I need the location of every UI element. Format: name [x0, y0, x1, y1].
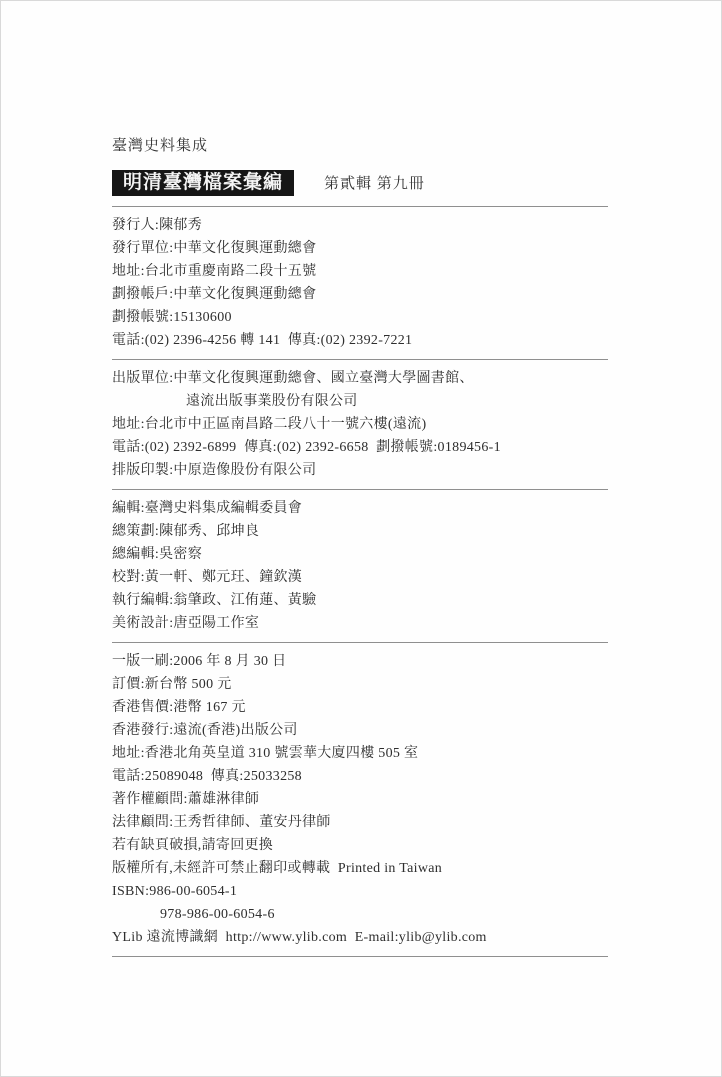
website-email-line: YLib 遠流博識網 http://www.ylib.com E-mail:yl… — [112, 926, 612, 949]
hk-address-line: 地址:香港北角英皇道 310 號雲華大廈四樓 505 室 — [112, 742, 612, 765]
issuing-unit-line: 發行單位:中華文化復興運動總會 — [112, 237, 612, 260]
hk-phone-fax-line: 電話:25089048 傳真:25033258 — [112, 765, 612, 788]
executive-editors-line: 執行編輯:翁肇政、江侑蓮、黃驗 — [112, 589, 612, 612]
legal-consultants-line: 法律顧問:王秀哲律師、董安丹律師 — [112, 811, 612, 834]
publishing-units-line: 出版單位:中華文化復興運動總會、國立臺灣大學圖書館、 — [112, 367, 612, 390]
editor-line: 編輯:臺灣史料集成編輯委員會 — [112, 497, 612, 520]
publishing-units-continued-line: 遠流出版事業股份有限公司 — [112, 390, 612, 413]
chief-planner-line: 總策劃:陳郁秀、邱坤良 — [112, 520, 612, 543]
title-row: 明清臺灣檔案彙編 第貳輯 第九冊 — [112, 170, 612, 196]
copyright-notice-line: 版權所有,未經許可禁止翻印或轉載 Printed in Taiwan — [112, 857, 612, 880]
art-design-line: 美術設計:唐亞陽工作室 — [112, 612, 612, 635]
isbn-line: ISBN:986-00-6054-1 — [112, 880, 612, 903]
replacement-notice-line: 若有缺頁破損,請寄回更換 — [112, 834, 612, 857]
proofreaders-line: 校對:黃一軒、鄭元玨、鐘欽漢 — [112, 566, 612, 589]
volume-label: 第貳輯 第九冊 — [324, 172, 425, 196]
publisher-phone-fax-line: 電話:(02) 2392-6899 傳真:(02) 2392-6658 劃撥帳號… — [112, 436, 612, 459]
copyright-consultant-line: 著作權顧問:蕭雄淋律師 — [112, 788, 612, 811]
typesetting-printer-line: 排版印製:中原造像股份有限公司 — [112, 459, 612, 482]
editorial-block: 編輯:臺灣史料集成編輯委員會 總策劃:陳郁秀、邱坤良 總編輯:吳密察 校對:黃一… — [112, 490, 612, 642]
colophon-page: 臺灣史料集成 明清臺灣檔案彙編 第貳輯 第九冊 發行人:陳郁秀 發行單位:中華文… — [0, 0, 722, 1077]
isbn13-line: 978-986-00-6054-6 — [112, 903, 612, 926]
publisher-address-line: 地址:台北市中正區南昌路二段八十一號六樓(遠流) — [112, 413, 612, 436]
publisher-block: 發行人:陳郁秀 發行單位:中華文化復興運動總會 地址:台北市重慶南路二段十五號 … — [112, 207, 612, 359]
publishing-block: 出版單位:中華文化復興運動總會、國立臺灣大學圖書館、 遠流出版事業股份有限公司 … — [112, 360, 612, 489]
hk-price-line: 香港售價:港幣 167 元 — [112, 696, 612, 719]
edition-block: 一版一刷:2006 年 8 月 30 日 訂價:新台幣 500 元 香港售價:港… — [112, 643, 612, 956]
footer-divider — [112, 956, 608, 957]
publisher-name-line: 發行人:陳郁秀 — [112, 214, 612, 237]
hk-distributor-line: 香港發行:遠流(香港)出版公司 — [112, 719, 612, 742]
editor-in-chief-line: 總編輯:吳密察 — [112, 543, 612, 566]
issuer-address-line: 地址:台北市重慶南路二段十五號 — [112, 260, 612, 283]
book-title: 明清臺灣檔案彙編 — [112, 170, 294, 196]
issuer-phone-fax-line: 電話:(02) 2396-4256 轉 141 傳真:(02) 2392-722… — [112, 329, 612, 352]
first-printing-line: 一版一刷:2006 年 8 月 30 日 — [112, 650, 612, 673]
postal-account-number-line: 劃撥帳號:15130600 — [112, 306, 612, 329]
series-title: 臺灣史料集成 — [112, 137, 612, 155]
colophon-content: 臺灣史料集成 明清臺灣檔案彙編 第貳輯 第九冊 發行人:陳郁秀 發行單位:中華文… — [112, 137, 612, 957]
price-line: 訂價:新台幣 500 元 — [112, 673, 612, 696]
postal-account-name-line: 劃撥帳戶:中華文化復興運動總會 — [112, 283, 612, 306]
